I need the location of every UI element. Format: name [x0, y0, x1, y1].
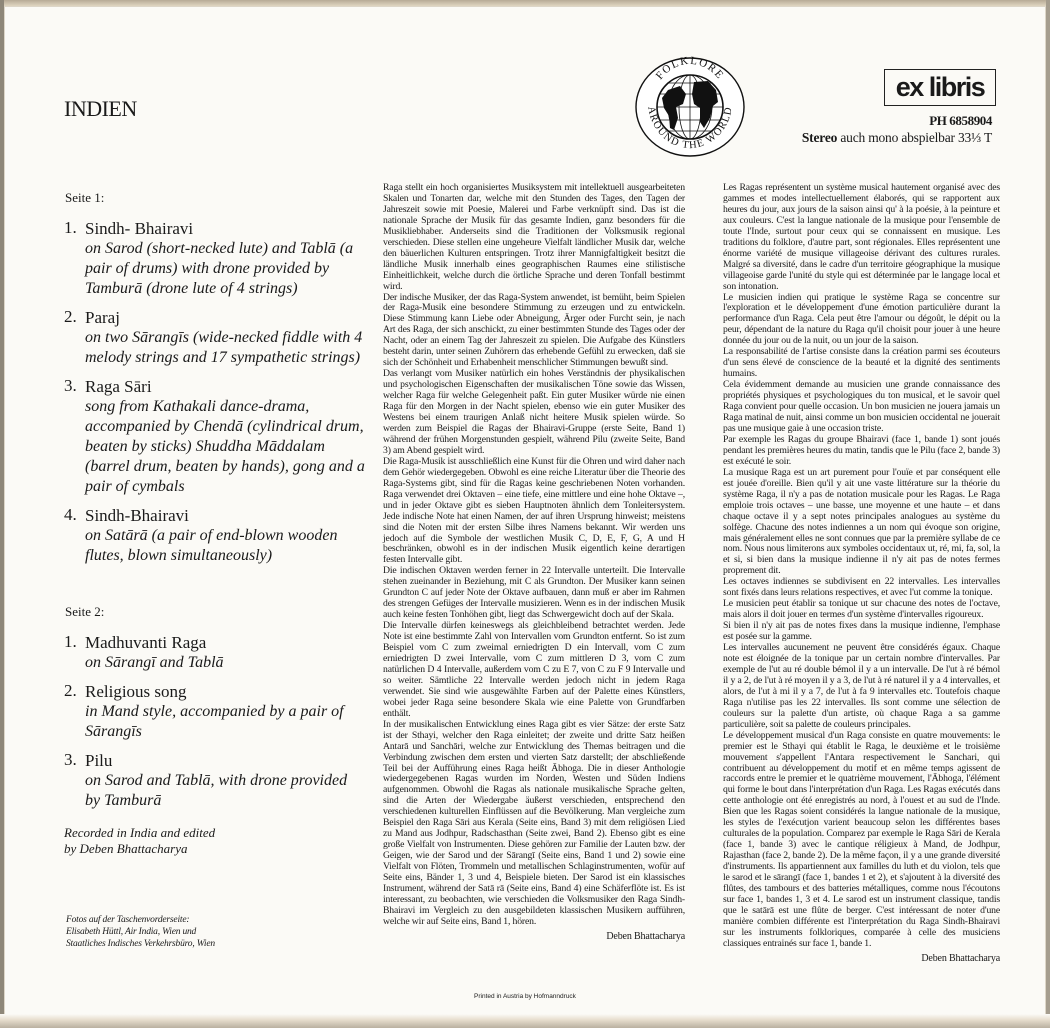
- paragraph: Si bien il n'y ait pas de notes fixes da…: [723, 621, 1000, 643]
- track-number: 1.: [64, 632, 77, 652]
- author-signature: Deben Bhattacharya: [723, 954, 1000, 965]
- paragraph: Les octaves indiennes se subdivisent en …: [723, 577, 1000, 599]
- track-title: Sindh- Bhairavi: [85, 218, 366, 239]
- track-description: on Sarod and Tablā, with drone provided …: [85, 771, 366, 811]
- track-description: on Sārangī and Tablā: [85, 653, 366, 673]
- paragraph: Le musicien peut établir sa tonique ut s…: [723, 599, 1000, 621]
- paragraph: Le développement musical d'un Raga consi…: [723, 731, 1000, 950]
- paragraph: Die Intervalle dürfen keineswegs als gle…: [383, 621, 685, 720]
- track-number: 3.: [64, 750, 77, 770]
- track-title: Sindh-Bhairavi: [85, 505, 366, 526]
- track-description: on Satārā (a pair of end-blown wooden fl…: [85, 526, 366, 566]
- paragraph: Les intervalles aucunement ne peuvent êt…: [723, 643, 1000, 731]
- paragraph: La responsabilité de l'artise consiste d…: [723, 347, 1000, 380]
- globe-icon: FOLKLORE AROUND THE WORLD: [634, 56, 746, 158]
- paragraph: Die indischen Oktaven werden ferner in 2…: [383, 566, 685, 621]
- photo-credit: Fotos auf der Taschenvorderseite: Elisab…: [66, 914, 326, 950]
- paragraph: Raga stellt ein hoch organisiertes Musik…: [383, 183, 685, 293]
- paragraph: Les Ragas représentent un système musica…: [723, 183, 1000, 293]
- photo-credit-line: Fotos auf der Taschenvorderseite:: [66, 914, 326, 926]
- track-number: 2.: [64, 681, 77, 701]
- liner-notes-german: Raga stellt ein hoch organisiertes Musik…: [383, 183, 685, 943]
- track-title: Paraj: [85, 307, 366, 328]
- track-item: 2. Religious song in Mand style, accompa…: [66, 681, 366, 742]
- sleeve-edge-bottom: [0, 1014, 1050, 1028]
- track-description: on Sarod (short-necked lute) and Tablā (…: [85, 239, 366, 299]
- paragraph: Die Raga-Musik ist ausschließlich eine K…: [383, 457, 685, 567]
- track-description: on two Sārangīs (wide-necked fiddle with…: [85, 328, 366, 368]
- photo-credit-line: Elisabeth Hüttl, Air India, Wien und: [66, 926, 326, 938]
- paragraph: Der indische Musiker, der das Raga-Syste…: [383, 293, 685, 370]
- paragraph: In der musikalischen Entwicklung eines R…: [383, 720, 685, 928]
- track-number: 1.: [64, 218, 77, 238]
- track-title: Pilu: [85, 750, 366, 771]
- track-description: in Mand style, accompanied by a pair of …: [85, 702, 366, 742]
- track-item: 1. Madhuvanti Raga on Sārangī and Tablā: [66, 632, 366, 673]
- track-title: Raga Sāri: [85, 376, 366, 397]
- track-number: 3.: [64, 376, 77, 396]
- track-title: Madhuvanti Raga: [85, 632, 366, 653]
- paragraph: Le musicien indien qui pratique le systè…: [723, 293, 1000, 348]
- ex-libris-label-logo: ex libris: [884, 69, 996, 106]
- track-title: Religious song: [85, 681, 366, 702]
- printer-credit: Printed in Austria by Hofmanndruck: [0, 993, 1050, 1000]
- side-1-label: Seite 1:: [65, 190, 366, 206]
- track-item: 2. Paraj on two Sārangīs (wide-necked fi…: [66, 307, 366, 368]
- liner-notes-french: Les Ragas représentent un système musica…: [723, 183, 1000, 965]
- recording-credit-line: by Deben Bhattacharya: [64, 841, 366, 857]
- stereo-label: Stereo: [802, 130, 837, 145]
- playback-format: Stereo auch mono abspielbar 33⅓ T: [802, 130, 992, 146]
- paragraph: La musique Raga est un art purement pour…: [723, 468, 1000, 578]
- side-2-label: Seite 2:: [65, 604, 366, 620]
- catalog-number: PH 6858904: [929, 113, 992, 129]
- folklore-around-the-world-logo: FOLKLORE AROUND THE WORLD: [634, 56, 746, 158]
- track-item: 3. Pilu on Sarod and Tablā, with drone p…: [66, 750, 366, 811]
- paragraph: Cela évidemment demande au musicien une …: [723, 380, 1000, 435]
- album-title: INDIEN: [64, 96, 137, 122]
- paragraph: Das verlangt vom Musiker natürlich ein h…: [383, 369, 685, 457]
- tracklist: Seite 1: 1. Sindh- Bhairavi on Sarod (sh…: [66, 190, 366, 857]
- track-number: 4.: [64, 505, 77, 525]
- sleeve-edge-right: [1046, 0, 1050, 1028]
- track-item: 3. Raga Sāri song from Kathakali dance-d…: [66, 376, 366, 497]
- track-number: 2.: [64, 307, 77, 327]
- format-details: auch mono abspielbar 33⅓ T: [837, 130, 992, 145]
- track-description: song from Kathakali dance-drama, accompa…: [85, 397, 366, 497]
- photo-credit-line: Staatliches Indisches Verkehrsbüro, Wien: [66, 938, 326, 950]
- recording-credit: Recorded in India and edited by Deben Bh…: [64, 825, 366, 857]
- track-item: 1. Sindh- Bhairavi on Sarod (short-necke…: [66, 218, 366, 299]
- author-signature: Deben Bhattacharya: [383, 932, 685, 943]
- track-item: 4. Sindh-Bhairavi on Satārā (a pair of e…: [66, 505, 366, 566]
- paragraph: Par exemple les Ragas du groupe Bhairavi…: [723, 435, 1000, 468]
- recording-credit-line: Recorded in India and edited: [64, 825, 366, 841]
